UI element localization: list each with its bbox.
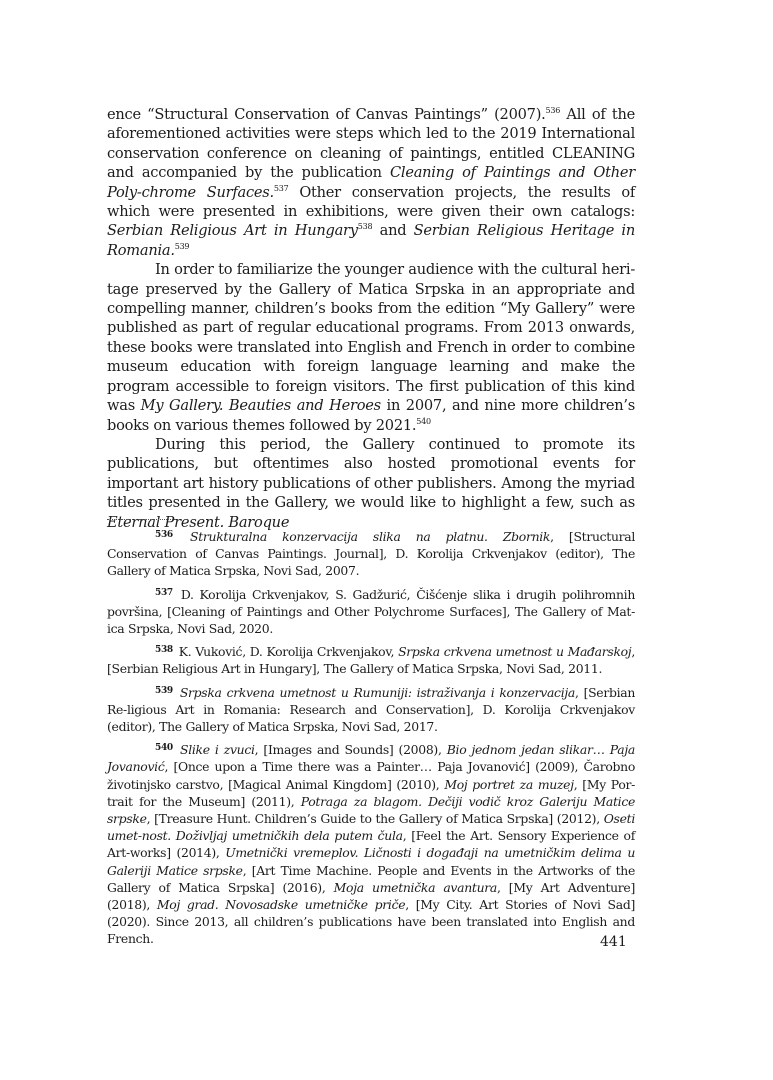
text-run: , [Images and Sounds] (2008), <box>255 742 447 757</box>
footnote: 538 K. Vuković, D. Korolija Crkvenjakov,… <box>107 643 635 677</box>
footnote: 539 Srpska crkvena umetnost u Rumuniji: … <box>107 684 635 736</box>
footnotes-section: 536 Strukturalna konzervacija slika na p… <box>107 528 635 954</box>
text-run: , [Treasure Hunt. Children’s Guide to th… <box>147 811 604 826</box>
paragraph: During this period, the Gallery continue… <box>107 435 635 532</box>
paragraph: In order to familiarize the younger audi… <box>107 260 635 435</box>
footnote-ref: 539 <box>175 242 190 251</box>
paragraph: ence “Structural Conservation of Canvas … <box>107 105 635 260</box>
footnote: 537 D. Korolija Crkvenjakov, S. Gadžurić… <box>107 586 635 638</box>
footnote-ref: 538 <box>358 222 373 231</box>
footnote-number: 540 <box>155 743 173 753</box>
footnote-separator <box>107 519 175 520</box>
text-run: K. Vuković, D. Korolija Crkvenjakov, <box>179 644 398 659</box>
italic-title: Srpska crkvena umetnost u Mađarskoj <box>398 644 631 659</box>
italic-title: Srpska crkvena umetnost u Rumuniji: istr… <box>180 685 575 700</box>
footnote-number: 538 <box>155 645 173 655</box>
footnote-ref: 536 <box>546 106 561 115</box>
footnote-number: 539 <box>155 686 173 696</box>
page-number: 441 <box>600 934 627 950</box>
body-text-column: ence “Structural Conservation of Canvas … <box>107 105 635 532</box>
text-run: and <box>372 222 413 239</box>
italic-title: Serbian Religious Art in Hungary <box>107 222 358 239</box>
italic-title: Strukturalna konzervacija slika na platn… <box>190 529 550 544</box>
text-run: D. Korolija Crkvenjakov, S. Gadžurić, Či… <box>107 587 635 636</box>
footnote: 540 Slike i zvuci, [Images and Sounds] (… <box>107 741 635 947</box>
footnote-ref: 537 <box>274 184 289 193</box>
footnote-number: 537 <box>155 588 173 598</box>
italic-title: Moj grad. Novosadske umetničke priče <box>157 897 405 912</box>
italic-title: Slike i zvuci <box>180 742 255 757</box>
text-run: During this period, the Gallery continue… <box>107 436 635 511</box>
text-run: In order to familiarize the younger audi… <box>107 261 635 414</box>
italic-title: Moj portret za muzej <box>444 777 573 792</box>
main-body-text: ence “Structural Conservation of Canvas … <box>107 105 635 532</box>
italic-title: My Gallery. Beauties and Heroes <box>141 397 381 414</box>
text-run: ence “Structural Conservation of Canvas … <box>107 106 546 123</box>
footnote-number: 536 <box>155 530 173 540</box>
italic-title: Moja umetnička avantura <box>334 880 497 895</box>
footnote-ref: 540 <box>416 416 431 425</box>
footnote: 536 Strukturalna konzervacija slika na p… <box>107 528 635 580</box>
